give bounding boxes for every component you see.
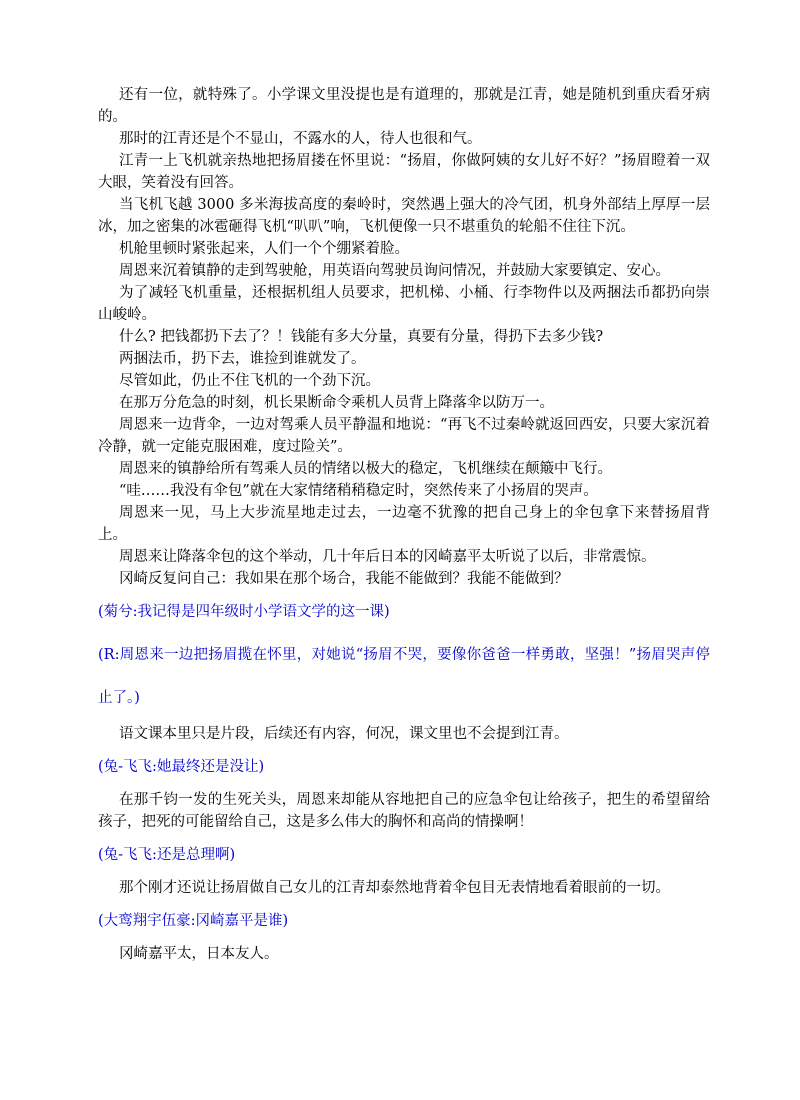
- body-paragraph: 尽管如此，仍止不住飞机的一个劲下沉。: [98, 370, 710, 392]
- document-content: 还有一位，就特殊了。小学课文里没提也是有道理的，那就是江青，她是随机到重庆看牙病…: [98, 84, 710, 965]
- body-paragraph: 周恩来沉着镇静的走到驾驶舱，用英语向驾驶员询问情况，并鼓励大家要镇定、安心。: [98, 260, 710, 282]
- body-paragraph: 那时的江青还是个不显山，不露水的人，待人也很和气。: [98, 128, 710, 150]
- body-paragraph: 当飞机飞越 3000 多米海拔高度的秦岭时，突然遇上强大的冷气团，机身外部结上厚…: [98, 194, 710, 238]
- comment-paragraph: (兔-飞飞:还是总理啊): [98, 844, 710, 866]
- body-paragraph: 还有一位，就特殊了。小学课文里没提也是有道理的，那就是江青，她是随机到重庆看牙病…: [98, 84, 710, 128]
- body-paragraph: 周恩来让降落伞包的这个举动，几十年后日本的冈崎嘉平太听说了以后，非常震惊。: [98, 546, 710, 568]
- document-page: 还有一位，就特殊了。小学课文里没提也是有道理的，那就是江青，她是随机到重庆看牙病…: [0, 0, 800, 1100]
- body-paragraph: 冈崎反复问自己：我如果在那个场合，我能不能做到？我能不能做到？: [98, 568, 710, 590]
- body-paragraph: 周恩来的镇静给所有驾乘人员的情绪以极大的稳定，飞机继续在颠簸中飞行。: [98, 458, 710, 480]
- comment-paragraph: (兔-飞飞:她最终还是没让): [98, 756, 710, 778]
- body-paragraph: 在那万分危急的时刻，机长果断命令乘机人员背上降落伞以防万一。: [98, 392, 710, 414]
- comment-paragraph: (菊兮:我记得是四年级时小学语文学的这一课): [98, 601, 710, 623]
- body-paragraph: 什么? 把钱都扔下去了？！钱能有多大分量，真要有分量，得扔下去多少钱?: [98, 326, 710, 348]
- body-paragraph: 冈崎嘉平太，日本友人。: [98, 943, 710, 965]
- body-paragraph: “哇……我没有伞包”就在大家情绪稍稍稳定时，突然传来了小扬眉的哭声。: [98, 480, 710, 502]
- body-paragraph: 机舱里顿时紧张起来，人们一个个绷紧着脸。: [98, 238, 710, 260]
- body-paragraph: 两捆法币，扔下去，谁捡到谁就发了。: [98, 348, 710, 370]
- comment-paragraph: (R:周恩来一边把扬眉揽在怀里，对她说“扬眉不哭，要像你爸爸一样勇敢，坚强！”扬…: [98, 634, 710, 720]
- body-paragraph: 江青一上飞机就亲热地把扬眉搂在怀里说：“扬眉，你做阿姨的女儿好不好？”扬眉瞪着一…: [98, 150, 710, 194]
- body-paragraph: 为了减轻飞机重量，还根据机组人员要求，把机梯、小桶、行李物件以及两捆法币都扔向崇…: [98, 282, 710, 326]
- body-paragraph: 周恩来一边背伞，一边对驾乘人员平静温和地说：“再飞不过秦岭就返回西安，只要大家沉…: [98, 414, 710, 458]
- body-paragraph: 语文课本里只是片段，后续还有内容，何况，课文里也不会提到江青。: [98, 723, 710, 745]
- body-paragraph: 周恩来一见，马上大步流星地走过去，一边毫不犹豫的把自己身上的伞包拿下来替扬眉背上…: [98, 502, 710, 546]
- body-paragraph: 在那千钧一发的生死关头，周恩来却能从容地把自己的应急伞包让给孩子，把生的希望留给…: [98, 789, 710, 833]
- body-paragraph: 那个刚才还说让扬眉做自己女儿的江青却泰然地背着伞包目无表情地看着眼前的一切。: [98, 877, 710, 899]
- comment-paragraph: (大鸾翔宇伍豪:冈崎嘉平是谁): [98, 910, 710, 932]
